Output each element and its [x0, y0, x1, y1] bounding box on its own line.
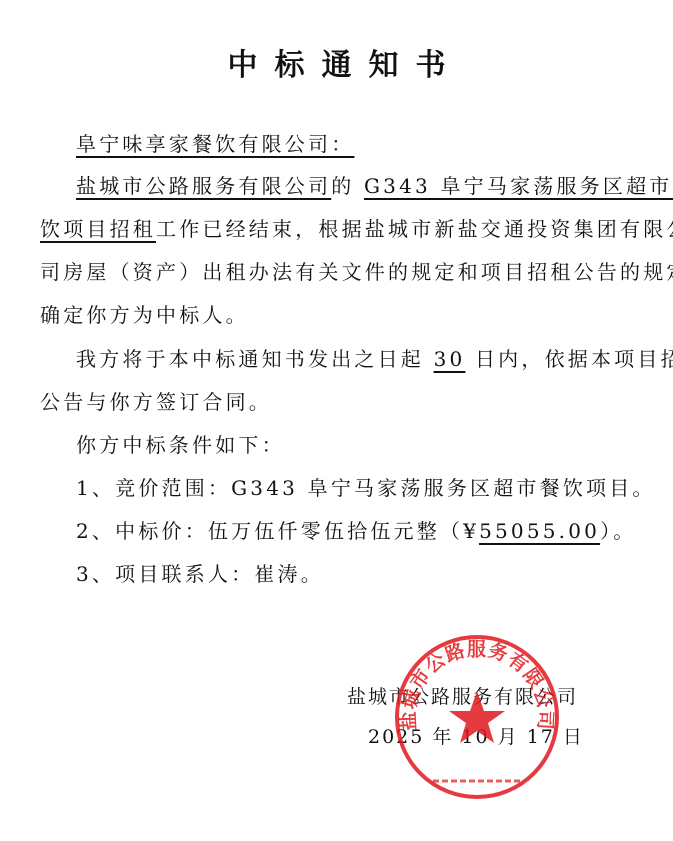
recipient: 阜宁味享家餐饮有限公司： — [76, 130, 354, 158]
project-name-part1: G343 阜宁马家荡服务区超市餐 — [364, 174, 673, 198]
para2-text-after: 日内，依据本项目招租 — [475, 347, 673, 371]
price-amount: 55055.00 — [479, 519, 600, 543]
connector: 的 — [331, 174, 354, 198]
para2-line1: 我方将于本中标通知书发出之日起 30 日内，依据本项目招租 — [76, 345, 673, 373]
para1-line3: 司房屋（资产）出租办法有关文件的规定和项目招租公告的规定， — [40, 258, 673, 286]
project-name-part2: 饮项目招租 — [40, 217, 156, 241]
price-suffix: ）。 — [600, 519, 636, 543]
condition-item-2: 2、中标价：伍万伍仟零伍拾伍元整（¥55055.00）。 — [76, 517, 637, 545]
issuer-name: 盐城市公路服务有限公司 — [76, 174, 331, 198]
page-title: 中标通知书 — [0, 40, 673, 84]
signature-date: 2025 年 10 月 17 日 — [368, 722, 584, 749]
para1-line4: 确定你方为中标人。 — [40, 301, 249, 329]
condition-item-1: 1、竞价范围：G343 阜宁马家荡服务区超市餐饮项目。 — [76, 474, 656, 502]
condition-item-3: 3、项目联系人：崔涛。 — [76, 560, 324, 588]
para1-text: 工作已经结束，根据盐城市新盐交通投资集团有限公 — [156, 217, 673, 241]
days-count: 30 — [434, 347, 466, 371]
para2-line2: 公告与你方签订合同。 — [40, 388, 272, 416]
official-seal-stamp: 盐城市公路服务有限公司 — [393, 633, 561, 801]
para1-line1: 盐城市公路服务有限公司的 G343 阜宁马家荡服务区超市餐 — [76, 172, 673, 200]
para2-text-before: 我方将于本中标通知书发出之日起 — [76, 347, 424, 371]
signature-company: 盐城市公路服务有限公司 — [347, 682, 578, 709]
price-text: 2、中标价：伍万伍仟零伍拾伍元整（¥ — [76, 519, 479, 543]
para1-line2: 饮项目招租工作已经结束，根据盐城市新盐交通投资集团有限公 — [40, 215, 673, 243]
conditions-intro: 你方中标条件如下： — [76, 431, 285, 459]
